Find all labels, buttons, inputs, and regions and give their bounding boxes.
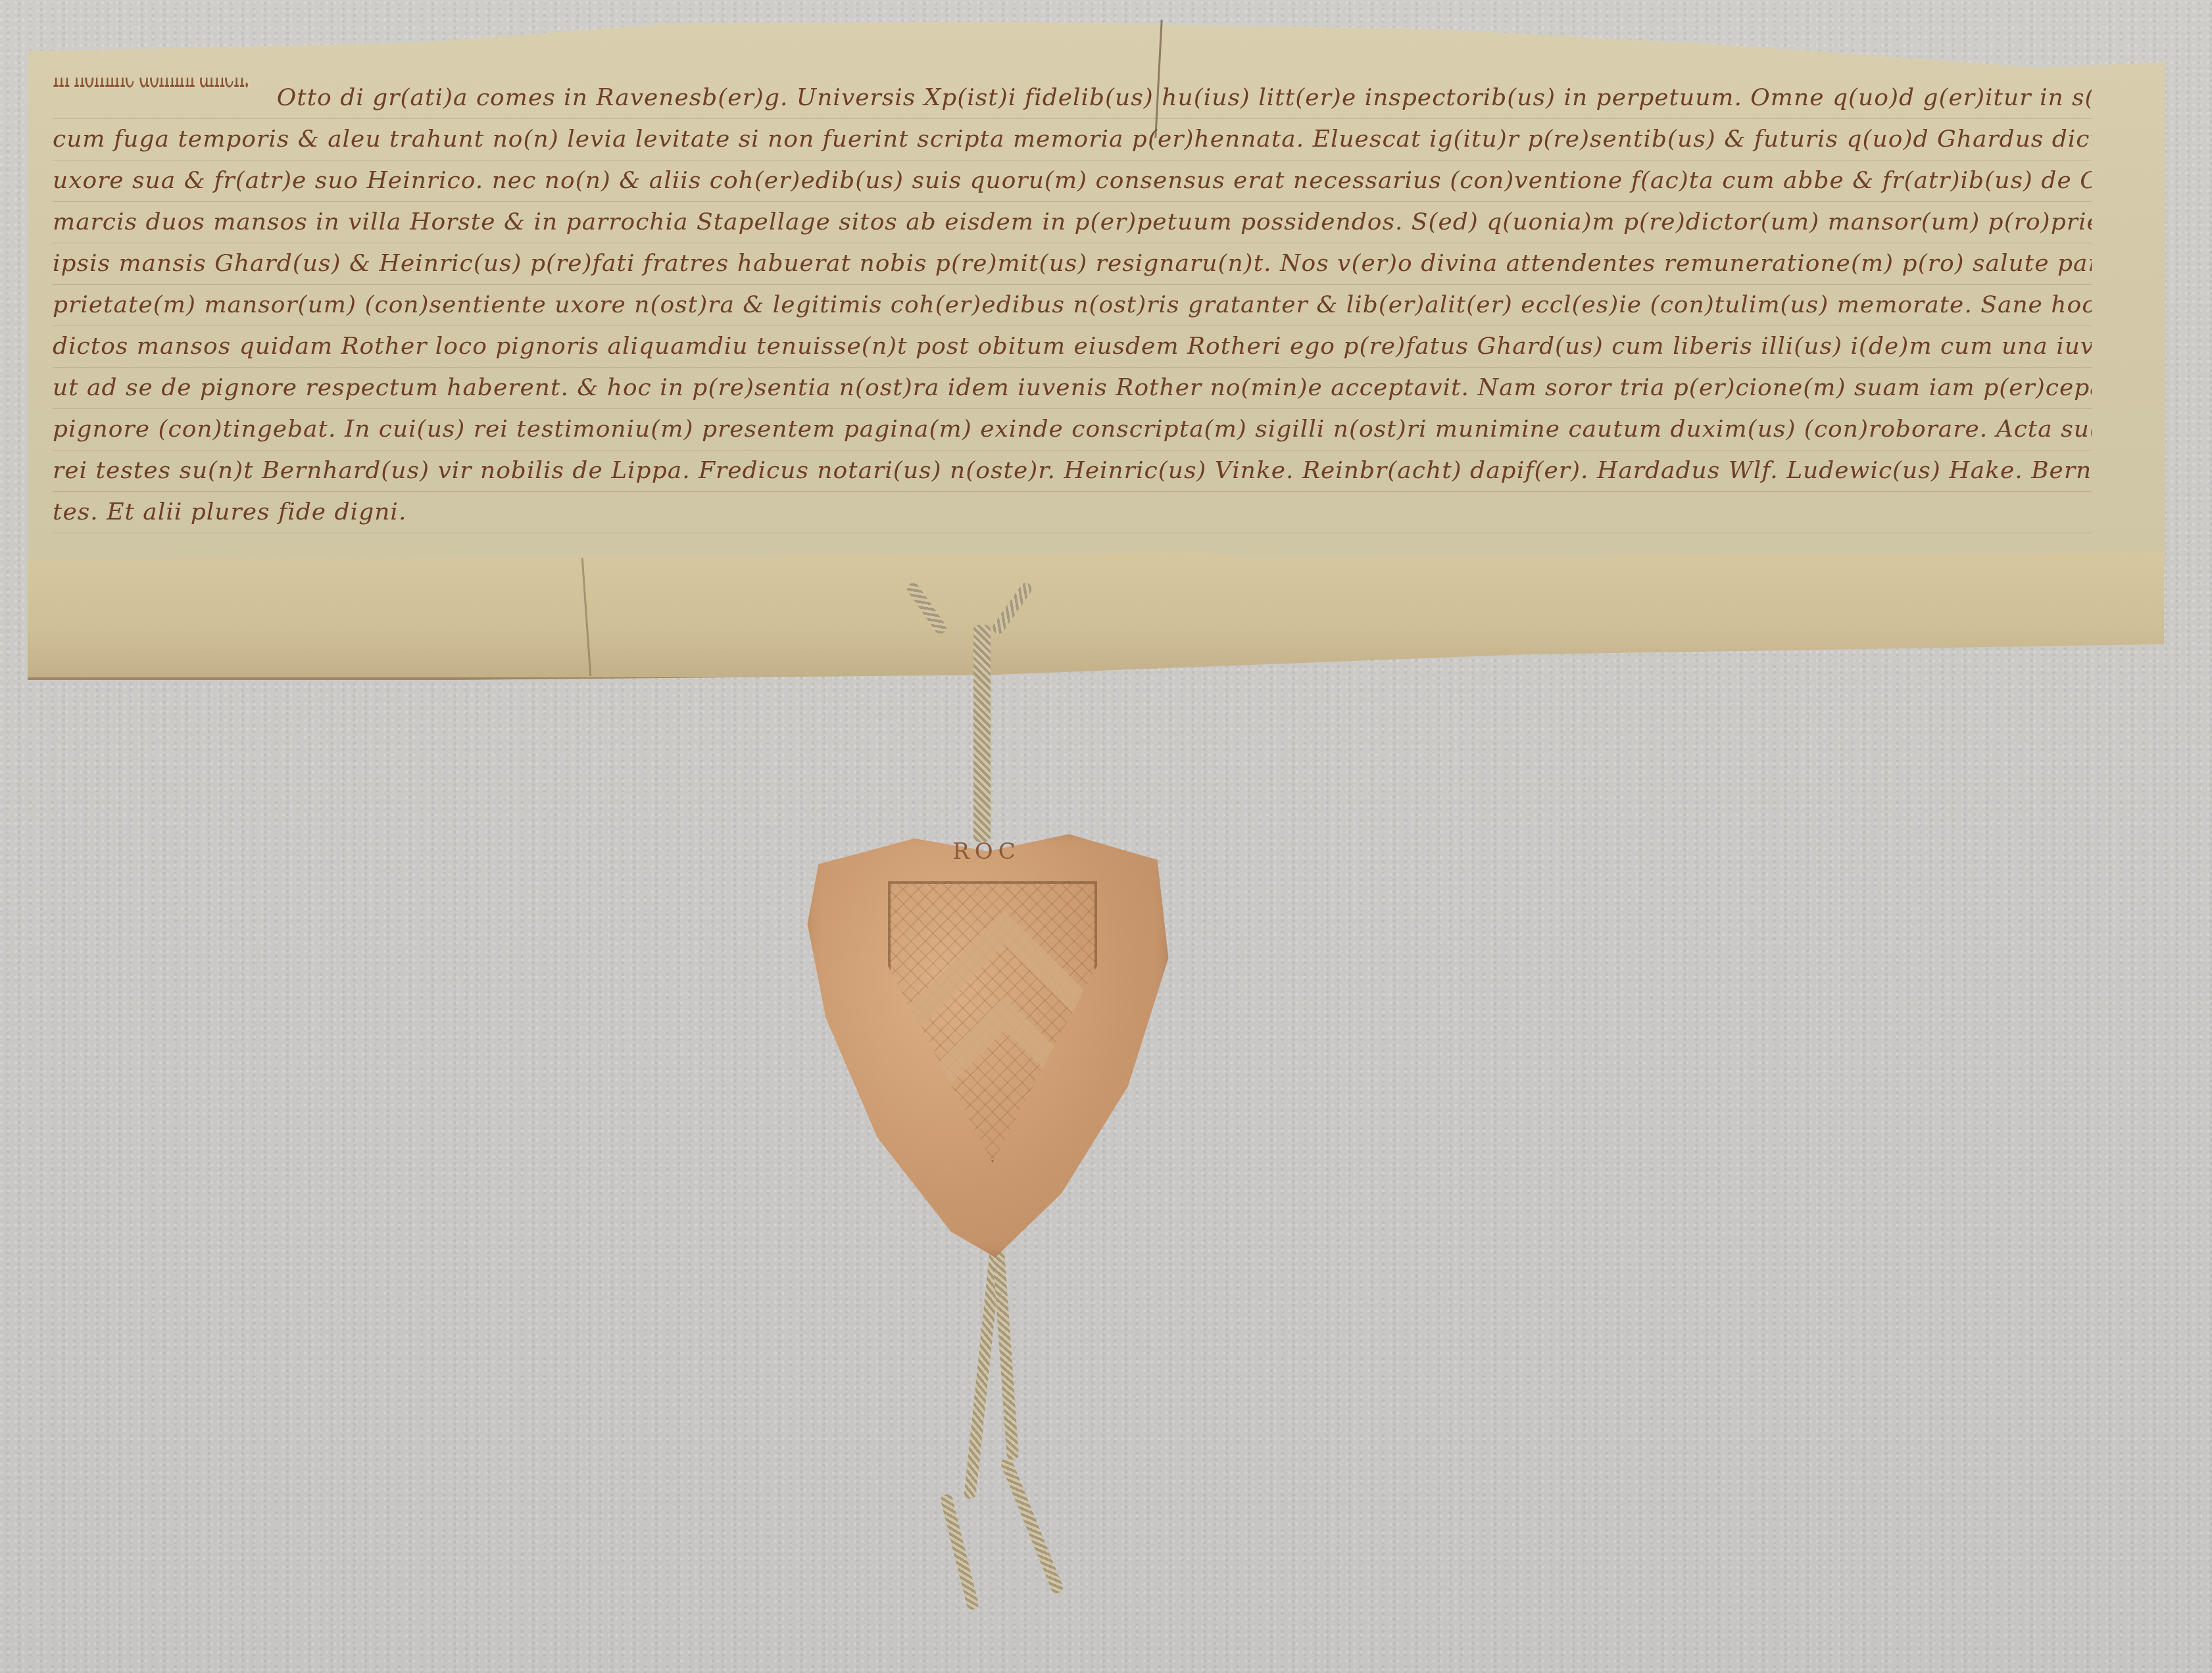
charter-text: In nomine domini amen. Otto di gr(ati)a … [53,78,2092,533]
invocation: In nomine domini amen. [53,78,249,119]
seal-cord-upper [973,625,991,842]
text-line-2: cum fuga temporis & aleu trahunt no(n) l… [53,119,2092,160]
text-line-8: ut ad se de pignore respectum haberent. … [53,368,2092,409]
text-line-11: tes. Et alii plures fide digni. [53,492,2092,533]
plica-fold [28,552,2164,680]
text-line-9: pignore (con)tingebat. In cui(us) rei te… [53,409,2092,450]
text-line-1: In nomine domini amen. Otto di gr(ati)a … [53,78,2092,119]
text-line-5: ipsis mansis Ghard(us) & Heinric(us) p(r… [53,243,2092,285]
text-line-6: prietate(m) mansor(um) (con)sentiente ux… [53,285,2092,326]
text-line-3: uxore sua & fr(atr)e suo Heinrico. nec n… [53,160,2092,202]
text-line-10: rei testes su(n)t Bernhard(us) vir nobil… [53,450,2092,492]
seal-cord-end-right [999,1457,1064,1595]
seal-cord-end-left [939,1493,979,1611]
seal-cord-lower-right [993,1249,1019,1460]
text-line-7: dictos mansos quidam Rother loco pignori… [53,326,2092,368]
text-line-1-content: Otto di gr(ati)a comes in Ravenesb(er)g.… [277,84,2092,111]
seal-legend: ROC [848,838,1125,865]
text-line-4: marcis duos mansos in villa Horste & in … [53,202,2092,243]
